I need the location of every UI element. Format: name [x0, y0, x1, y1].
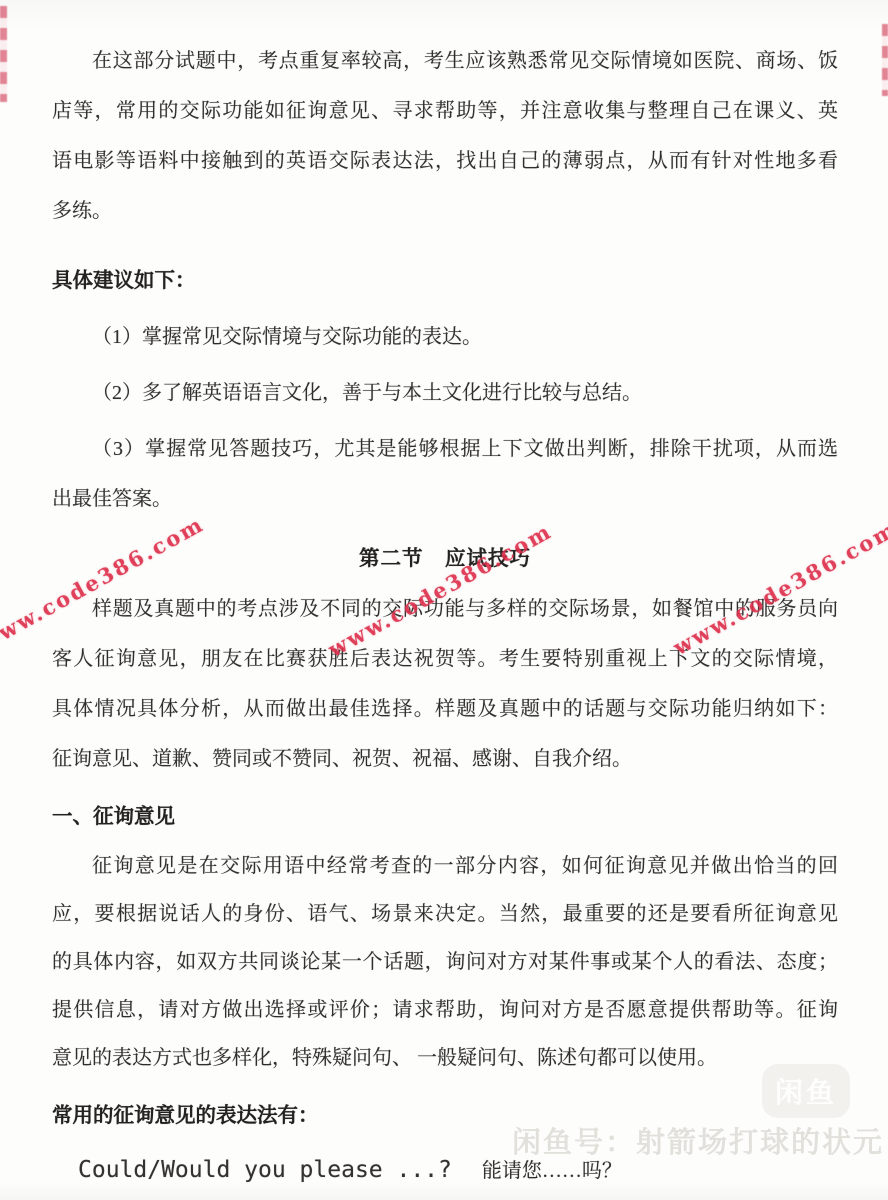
phrase-chinese: 能请您……吗？ [482, 1160, 622, 1182]
phrase-english: Could/Would you please ...? [78, 1157, 452, 1183]
text-line: 征询意见是在交际用语中经常考查的一部分内容，如何征询意见并做出恰当的回 [52, 842, 838, 890]
text-line: 客人征询意见，朋友在比赛获胜后表达祝贺等。考生要特别重视上下文的交际情境， [52, 634, 838, 684]
text-line: 应，要根据说话人的身份、语气、场景来决定。当然，最重要的还是要看所征询意见 [52, 890, 838, 938]
text-line: 店等，常用的交际功能如征询意见、寻求帮助等，并注意收集与整理自己在课义、英 [52, 86, 838, 136]
asking-opinions-paragraph: 征询意见是在交际用语中经常考查的一部分内容，如何征询意见并做出恰当的回 应，要根… [52, 842, 838, 1082]
subsection-heading: 一、征询意见 [52, 792, 838, 842]
text-line: 出最佳答案。 [52, 474, 838, 524]
expressions-heading: 常用的征询意见的表达法有： [52, 1092, 838, 1140]
text-line: 具体情况具体分析，从而做出最佳选择。样题及真题中的话题与交际功能归纳如下： [52, 684, 838, 734]
suggestion-item-3: （3）掌握常见答题技巧，尤其是能够根据上下文做出判断，排除干扰项，从而选 出最佳… [52, 424, 838, 524]
suggestion-item-2: （2）多了解英语语言文化，善于与本土文化进行比较与总结。 [52, 368, 838, 418]
text-line: 多练。 [52, 186, 838, 236]
techniques-paragraph: 样题及真题中的考点涉及不同的交际功能与多样的交际场景，如餐馆中的服务员向 客人征… [52, 584, 838, 784]
text-line: 意见的表达方式也多样化，特殊疑问句、 一般疑问句、陈述句都可以使用。 [52, 1034, 838, 1082]
text-line: 征询意见、道歉、赞同或不赞同、祝贺、祝福、感谢、自我介绍。 [52, 734, 838, 784]
suggestions-heading: 具体建议如下： [52, 256, 838, 306]
text-line: 语电影等语料中接触到的英语交际表达法，找出自己的薄弱点，从而有针对性地多看 [52, 136, 838, 186]
intro-paragraph: 在这部分试题中，考点重复率较高，考生应该熟悉常见交际情境如医院、商场、饭 店等，… [52, 36, 838, 236]
section-heading: 第二节 应试技巧 [52, 534, 838, 584]
text-line: 样题及真题中的考点涉及不同的交际功能与多样的交际场景，如餐馆中的服务员向 [52, 584, 838, 634]
suggestion-item-1: （1）掌握常见交际情境与交际功能的表达。 [52, 312, 838, 362]
text-line: 的具体内容，如双方共同谈论某一个话题，询问对方对某件事或某个人的看法、态度； [52, 938, 838, 986]
phrase-line: Could/Would you please ...?能请您……吗？ [52, 1146, 838, 1197]
text-line: （3）掌握常见答题技巧，尤其是能够根据上下文做出判断，排除干扰项，从而选 [52, 424, 838, 474]
document-page: 在这部分试题中，考点重复率较高，考生应该熟悉常见交际情境如医院、商场、饭 店等，… [0, 0, 888, 1200]
text-line: 提供信息，请对方做出选择或评价；请求帮助，询问对方是否愿意提供帮助等。征询 [52, 986, 838, 1034]
text-line: 在这部分试题中，考点重复率较高，考生应该熟悉常见交际情境如医院、商场、饭 [52, 36, 838, 86]
page-content: 在这部分试题中，考点重复率较高，考生应该熟悉常见交际情境如医院、商场、饭 店等，… [0, 0, 888, 1200]
